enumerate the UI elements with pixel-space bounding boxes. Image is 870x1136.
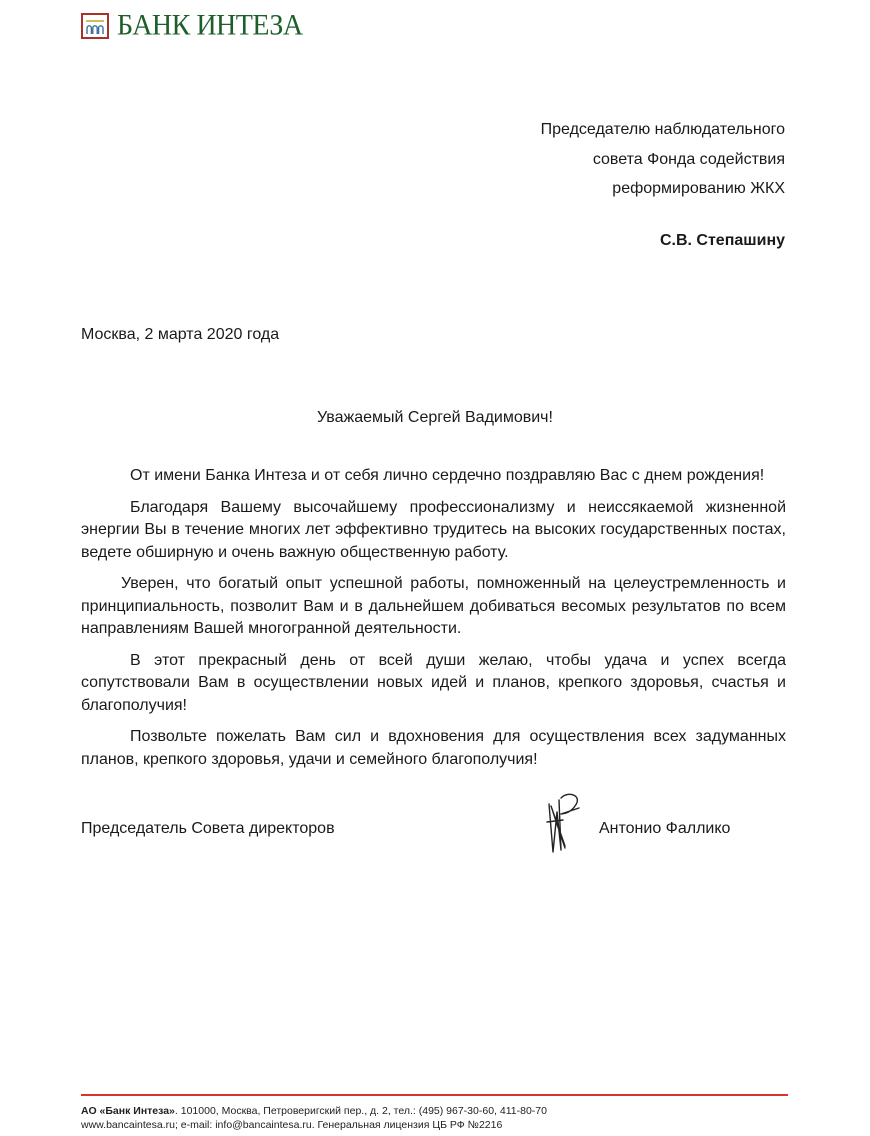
footer-address: . 101000, Москва, Петроверигский пер., д… (175, 1105, 547, 1117)
addressee-block: Председателю наблюдательного совета Фонд… (541, 115, 785, 255)
arches-logo-icon (81, 13, 109, 39)
footer-line-2: www.bancaintesa.ru; e-mail: info@bancain… (81, 1118, 547, 1132)
date-line: Москва, 2 марта 2020 года (81, 326, 279, 344)
bank-name: БАНК ИНТЕЗА (117, 10, 303, 42)
bank-logo: БАНК ИНТЕЗА (81, 11, 303, 41)
addressee-name: С.В. Степашину (541, 226, 785, 256)
footer-divider (81, 1094, 788, 1096)
footer-line-1: АО «Банк Интеза». 101000, Москва, Петров… (81, 1104, 547, 1118)
addressee-line: реформированию ЖКХ (541, 174, 785, 204)
signatory-name: Антонио Фаллико (599, 820, 730, 838)
paragraph: В этот прекрасный день от всей души жела… (81, 650, 786, 718)
footer-company: АО «Банк Интеза» (81, 1105, 175, 1117)
addressee-line: Председателю наблюдательного (541, 115, 785, 145)
salutation: Уважаемый Сергей Вадимович! (0, 409, 870, 427)
paragraph: Благодаря Вашему высочайшему профессиона… (81, 497, 786, 565)
salutation-text: Уважаемый Сергей Вадимович! (317, 409, 553, 427)
paragraph: Уверен, что богатый опыт успешной работы… (81, 573, 786, 641)
signatory-title: Председатель Совета директоров (81, 820, 335, 838)
paragraph: От имени Банка Интеза и от себя лично се… (81, 465, 786, 488)
letter-body: От имени Банка Интеза и от себя лично се… (81, 465, 786, 780)
footer: АО «Банк Интеза». 101000, Москва, Петров… (81, 1104, 547, 1132)
paragraph: Позвольте пожелать Вам сил и вдохновения… (81, 726, 786, 771)
addressee-line: совета Фонда содействия (541, 145, 785, 175)
handwritten-signature-icon (543, 792, 593, 859)
